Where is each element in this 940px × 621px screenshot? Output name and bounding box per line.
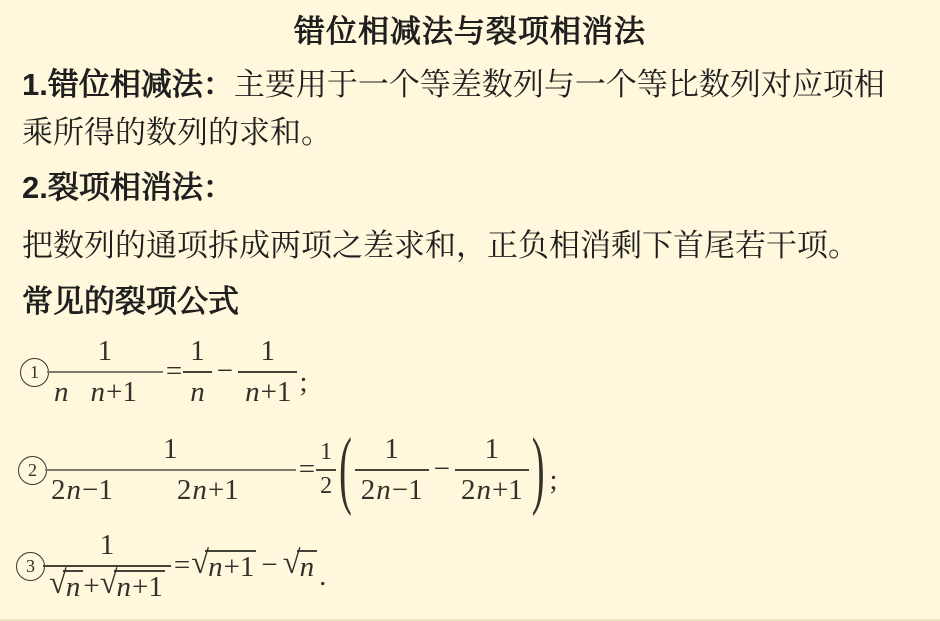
math-token: 2 xyxy=(51,474,66,507)
formula-2-lhs-fraction: 1 2n−1 2n+1 xyxy=(45,433,296,508)
fraction-denominator: 2 xyxy=(316,469,336,501)
fraction-numerator: 1 xyxy=(92,335,119,371)
math-token: 2 xyxy=(461,474,476,507)
math-token: −1 xyxy=(82,474,113,507)
minus-sign: − xyxy=(434,453,450,486)
formula-3-lhs-fraction: 1 √ n + √ n+1 xyxy=(43,529,171,604)
item2-text: 把数列的通项拆成两项之差求和，正负相消剩下首尾若干项。 xyxy=(22,226,918,266)
circled-number-3-label: 3 xyxy=(26,557,35,575)
math-token: 1 xyxy=(261,335,276,367)
math-token: 1 xyxy=(485,433,500,465)
radicand: n+1 xyxy=(205,550,256,582)
math-token: +1 xyxy=(106,376,137,409)
math-token: +1 xyxy=(208,474,239,507)
fraction-denominator: n+1 xyxy=(238,371,297,409)
math-token: n xyxy=(244,376,261,409)
fraction-numerator: 1 xyxy=(184,335,211,371)
radical-sign-icon: √ xyxy=(283,547,301,579)
formula-3: 3 1 √ n + √ n+1 = √ n+1 − √ n xyxy=(16,527,326,605)
math-token: n xyxy=(475,474,492,507)
math-token: 1 xyxy=(320,439,332,465)
item1-line2: 乘所得的数列的求和。 xyxy=(22,113,918,153)
math-token: n xyxy=(116,571,133,603)
formulas-heading: 常见的裂项公式 xyxy=(22,282,918,322)
math-token: 2 xyxy=(177,474,192,507)
fraction-one-over-n-plus-1: 1 n+1 xyxy=(238,335,297,410)
radical-sqrt-n-plus-1: √ n+1 xyxy=(100,570,165,602)
math-token: +1 xyxy=(492,474,523,507)
fraction-numerator: 1 xyxy=(378,433,405,469)
math-token: n xyxy=(66,474,83,507)
radical-sign-icon: √ xyxy=(100,567,118,599)
math-token: n xyxy=(53,376,70,409)
notes-page: 错位相减法与裂项相消法 1.错位相减法：主要用于一个等差数列与一个等比数列对应项… xyxy=(0,0,940,621)
circled-number-1-icon: 1 xyxy=(20,358,49,387)
math-token: +1 xyxy=(261,376,292,409)
fraction-one-over-n: 1 n xyxy=(183,335,212,410)
fraction-one-over-2n-plus-1: 1 2n+1 xyxy=(455,433,529,508)
math-token: 1 xyxy=(190,335,205,367)
circled-number-2-icon: 2 xyxy=(18,456,47,485)
left-parenthesis: ( xyxy=(339,426,352,513)
fraction-denominator: n xyxy=(183,371,212,409)
fraction-denominator: n n+1 xyxy=(47,371,163,409)
semicolon: ; xyxy=(299,366,307,399)
radicand: n+1 xyxy=(114,570,165,602)
formula-2: 2 1 2n−1 2n+1 = 1 2 ( 1 2n−1 − 1 2n+1 ) … xyxy=(18,424,558,516)
plus-sign: + xyxy=(83,570,99,603)
period: . xyxy=(319,560,326,593)
math-token: 1 xyxy=(384,433,399,465)
math-token: n xyxy=(65,571,82,603)
radical-sqrt-n: √ n xyxy=(49,570,83,602)
equals-sign: = xyxy=(299,453,314,486)
fraction-denominator: 2n−1 xyxy=(355,469,429,507)
radical-sqrt-n-plus-1: √ n+1 xyxy=(191,550,256,582)
semicolon: ; xyxy=(549,464,557,497)
radical-sign-icon: √ xyxy=(49,567,67,599)
math-token: −1 xyxy=(392,474,423,507)
fraction-one-half: 1 2 xyxy=(316,439,336,500)
fraction-denominator: 2n+1 xyxy=(455,469,529,507)
math-token: 2 xyxy=(361,474,376,507)
fraction-numerator: 1 xyxy=(157,433,184,469)
circled-number-3-icon: 3 xyxy=(16,552,45,581)
math-token: 1 xyxy=(163,433,178,465)
formula-1: 1 1 n n+1 = 1 n − 1 n+1 ; xyxy=(20,338,308,406)
equals-sign: = xyxy=(166,355,181,388)
math-token: 1 xyxy=(98,335,113,367)
fraction-denominator: 2n−1 2n+1 xyxy=(45,469,296,507)
math-token: n xyxy=(90,376,107,409)
math-token: n xyxy=(189,376,206,409)
radical-sign-icon: √ xyxy=(191,547,209,579)
item2-label: 2.裂项相消法： xyxy=(22,168,918,208)
circled-number-2-label: 2 xyxy=(28,461,37,479)
math-token: +1 xyxy=(132,571,163,603)
formula-1-lhs-fraction: 1 n n+1 xyxy=(47,335,163,410)
math-token: 1 xyxy=(100,529,115,561)
math-token: n xyxy=(375,474,392,507)
circled-number-1-label: 1 xyxy=(30,363,39,381)
item1-label: 1.错位相减法： xyxy=(22,67,234,102)
minus-sign: − xyxy=(217,355,233,388)
fraction-one-over-2n-minus-1: 1 2n−1 xyxy=(355,433,429,508)
minus-sign: − xyxy=(261,549,277,582)
math-token: 2 xyxy=(320,473,332,501)
math-token: n xyxy=(191,474,208,507)
fraction-numerator: 1 xyxy=(479,433,506,469)
math-token: n xyxy=(207,551,224,583)
right-parenthesis: ) xyxy=(532,426,545,513)
radical-sqrt-n: √ n xyxy=(283,550,317,582)
fraction-numerator: 1 xyxy=(316,439,336,469)
fraction-numerator: 1 xyxy=(94,529,121,565)
item1-line1: 1.错位相减法：主要用于一个等差数列与一个等比数列对应项相 xyxy=(22,65,918,105)
math-token: n xyxy=(299,551,316,583)
fraction-denominator: √ n + √ n+1 xyxy=(43,565,171,603)
equals-sign: = xyxy=(174,549,189,582)
fraction-numerator: 1 xyxy=(255,335,282,371)
page-title: 错位相减法与裂项相消法 xyxy=(0,6,940,51)
item1-text: 主要用于一个等差数列与一个等比数列对应项相 xyxy=(234,67,885,102)
math-token: +1 xyxy=(224,551,255,583)
